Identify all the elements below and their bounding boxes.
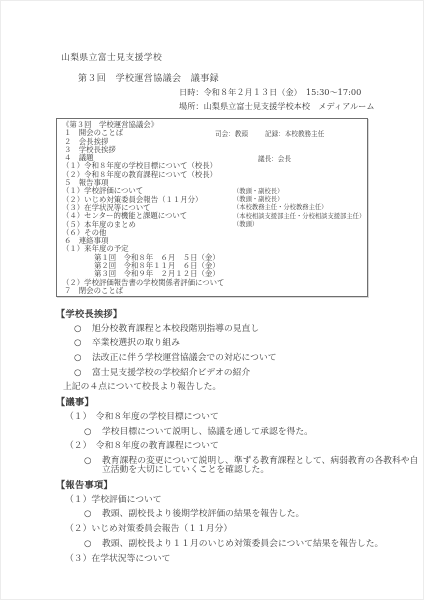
agenda-row: （５）本年度のまとめ （教頭） [62,221,367,229]
proceedings-item-title: （２） 令和８年度の教育課程について [65,442,424,452]
bullet-item: ○ 教頭、副校長より１１月のいじめ対策委員会について結果を報告した。 [84,540,424,550]
reports-item-title: （３）在学状況等について [65,555,424,565]
school-name: 山梨県立富士見支援学校 [61,50,162,63]
reports-item-title: （２）いじめ対策委員会報告（１１月分） [65,525,424,535]
document-title: 第３回 学校運営協議会 議事録 [78,71,219,84]
circle-bullet-icon: ○ [84,540,102,550]
bullet-item: ○ 学校目標について説明し、協議を通して承認を得た。 [84,428,424,438]
bullet-text: 富士見支援学校の学校紹介ビデオの紹介 [92,369,250,379]
bullet-text: 法改正に伴う学校運営協議会での対応について [92,354,277,364]
bullet-text: 教頭、副校長より１１月のいじめ対策委員会について結果を報告した。 [102,540,383,550]
meeting-location: 場所：山梨県立富士見支援学校本校 メディアルーム [179,101,375,112]
meeting-datetime: 日時：令和８年２月１３日（金） 15:30～17:00 [179,87,361,98]
bullet-text: 旭分校教育課程と本校段階別指導の見直し [92,325,259,335]
bullet-text: 卒業校選択の取り組み [92,339,180,349]
circle-bullet-icon: ○ [84,510,102,520]
bullet-text: 教頭、副校長より後期学校評価の結果を報告した。 [102,510,304,520]
bullet-item: ○ 法改正に伴う学校運営協議会での対応について [74,354,424,364]
section-heading-proceedings: 【議事】 [56,398,424,408]
section-heading-principal-remarks: 【学校長挨拶】 [56,310,424,320]
circle-bullet-icon: ○ [74,325,92,335]
principal-remarks-closing: 上記の４点について校長より報告した。 [63,383,424,393]
bullet-text: 教育課程の変更について説明し、準ずる教育課程として、病弱教育の各教科や自立活動を… [102,457,424,476]
bullet-text: 学校目標について説明し、協議を通して承認を得た。 [102,428,313,438]
agenda-row-text: １ 開会のことば [64,128,123,137]
circle-bullet-icon: ○ [74,369,92,379]
agenda-row: ３ 学校長挨拶 [62,146,367,154]
minutes-body: 【学校長挨拶】 ○ 旭分校教育課程と本校段階別指導の見直し ○ 卒業校選択の取り… [1,310,424,569]
circle-bullet-icon: ○ [74,354,92,364]
agenda-box: 《第３回 学校運営協議会》 １ 開会のことば 司会：教頭 記録：本校教務主任 ２… [56,118,368,297]
proceedings-item-title: （１） 令和８年度の学校目標について [65,413,424,423]
reports-item-title: （１）学校評価について [65,496,424,506]
circle-bullet-icon: ○ [74,339,92,349]
circle-bullet-icon: ○ [84,457,102,476]
bullet-item: ○ 富士見支援学校の学校紹介ビデオの紹介 [74,369,424,379]
bullet-item: ○ 旭分校教育課程と本校段階別指導の見直し [74,325,424,335]
agenda-row: ７ 閉会のことば [62,287,367,295]
bullet-item: ○ 教育課程の変更について説明し、準ずる教育課程として、病弱教育の各教科や自立活… [84,457,424,476]
section-heading-reports: 【報告事項】 [56,481,424,491]
circle-bullet-icon: ○ [84,428,102,438]
bullet-item: ○ 教頭、副校長より後期学校評価の結果を報告した。 [84,510,424,520]
bullet-item: ○ 卒業校選択の取り組み [74,339,424,349]
